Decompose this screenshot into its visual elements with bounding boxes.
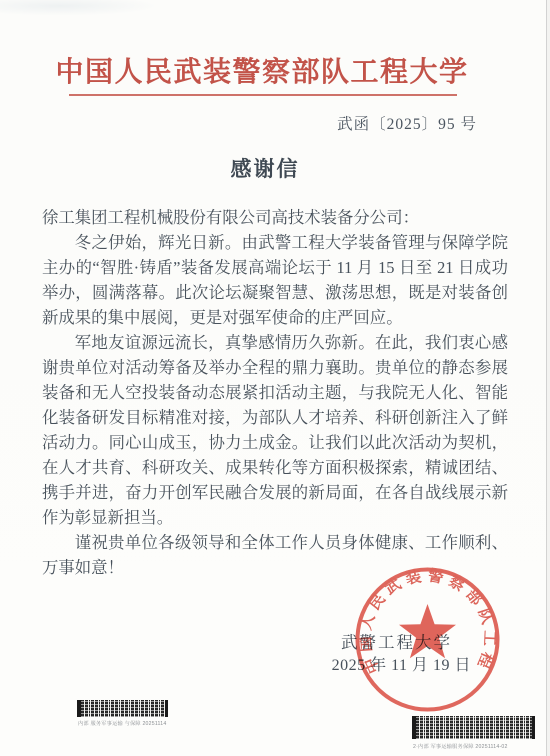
barcode-stamp-left [77,700,168,717]
barcode-caption-left: 内部 服务军事运输 与保障 20251114 [78,719,166,727]
salutation: 徐工集团工程机械股份有限公司高技术装备分公司： [42,205,508,230]
letter-title: 感谢信 [0,153,530,183]
body-paragraph: 谨祝贵单位各级领导和全体工作人员身体健康、工作顺利、万事如意！ [42,530,508,580]
barcode-caption-right: 2·内部 军事运输服务保障 20251114-02 [413,742,508,750]
body-paragraph: 冬之伊始，辉光日新。由武警工程大学装备管理与保障学院主办的“智胜·铸盾”装备发展… [42,230,508,330]
signature-date: 2025 年 11 月 19 日 [0,652,471,675]
document-number: 武函〔2025〕95 号 [0,112,477,134]
letterhead-title: 中国人民武装警察部队工程大学 [0,50,524,90]
letter-body: 徐工集团工程机械股份有限公司高技术装备分公司： 冬之伊始，辉光日新。由武警工程大… [42,205,508,580]
page-edge-line [546,0,547,756]
signature-org: 武警工程大学 [0,629,452,653]
barcode-stamp-right [412,716,535,739]
body-paragraph: 军地友谊源远流长，真挚感情历久弥新。在此，我们衷心感谢贵单位对活动筹备及举办全程… [42,330,508,530]
letter-page: 中国人民武装警察部队工程大学 武函〔2025〕95 号 感谢信 徐工集团工程机械… [0,0,550,756]
letterhead-divider [69,94,457,96]
